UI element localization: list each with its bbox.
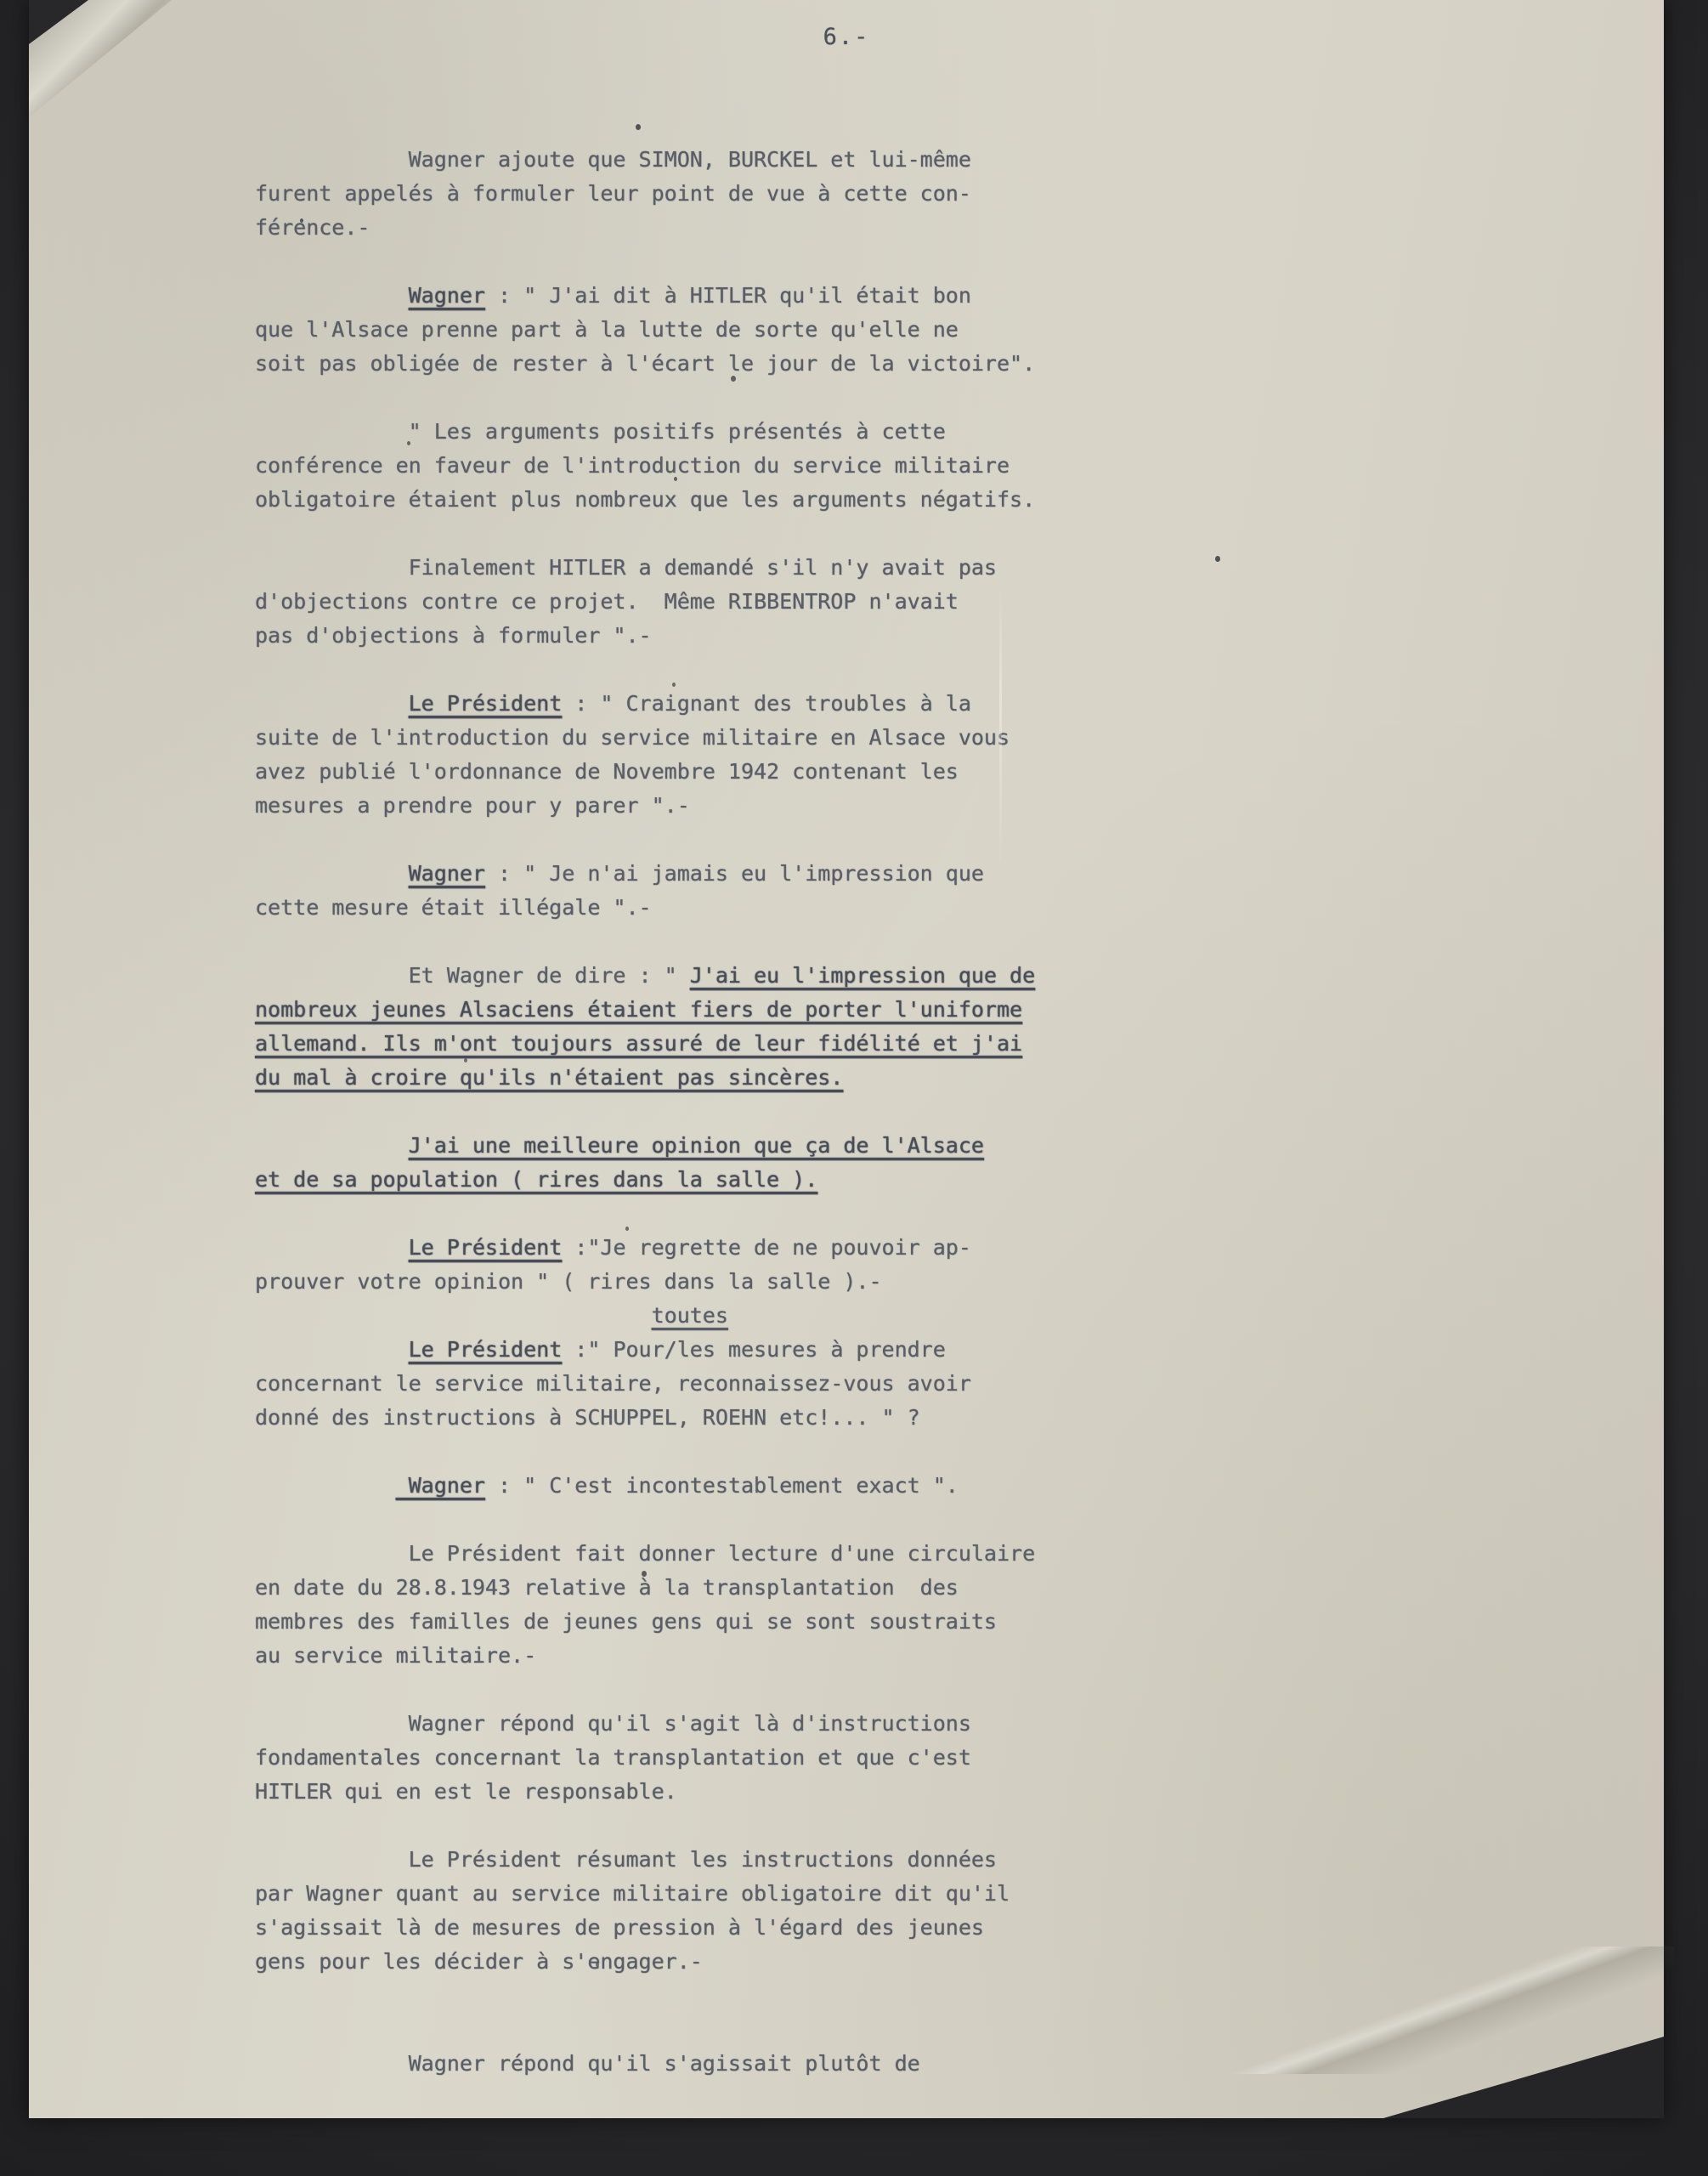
- text-line: Wagner : " C'est incontestablement exact…: [255, 1469, 1035, 1503]
- text-line: par Wagner quant au service militaire ob…: [255, 1877, 1035, 1911]
- text-line: Finalement HITLER a demandé s'il n'y ava…: [255, 551, 1035, 585]
- text-segment: gens pour les décider à s'engager.-: [255, 1949, 703, 1974]
- document-body: Wagner ajoute que SIMON, BURCKEL et lui-…: [255, 143, 1035, 2081]
- text-segment: Wagner répond qu'il s'agissait plutôt de: [255, 2051, 920, 2076]
- text-segment: concernant le service militaire, reconna…: [255, 1371, 971, 1396]
- text-segment: mesures a prendre pour y parer ".-: [255, 793, 690, 818]
- text-line: [255, 517, 1035, 551]
- text-segment: prouver votre opinion " ( rires dans la …: [255, 1269, 882, 1294]
- text-segment: fondamentales concernant la transplantat…: [255, 1745, 971, 1770]
- text-line: allemand. Ils m'ont toujours assuré de l…: [255, 1027, 1035, 1061]
- text-line: Le Président : " Craignant des troubles …: [255, 687, 1035, 721]
- text-line: et de sa population ( rires dans la sall…: [255, 1163, 1035, 1197]
- text-line: mesures a prendre pour y parer ".-: [255, 789, 1035, 823]
- underlined-text: Le Président: [409, 1235, 563, 1260]
- text-line: [255, 1673, 1035, 1707]
- text-segment: : " C'est incontestablement exact ".: [485, 1473, 959, 1498]
- text-segment: Et Wagner de dire : ": [255, 963, 690, 988]
- text-segment: :" Pour/les mesures à prendre: [562, 1337, 946, 1362]
- document-page: 6.- Wagner ajoute que SIMON, BURCKEL et …: [29, 0, 1664, 2118]
- text-line: toutes: [255, 1299, 1035, 1333]
- text-line: Wagner répond qu'il s'agit là d'instruct…: [255, 1707, 1035, 1741]
- text-segment: s'agissait là de mesures de pression à l…: [255, 1915, 984, 1940]
- text-segment: HITLER qui en est le responsable.: [255, 1779, 677, 1804]
- text-segment: pas d'objections à formuler ".-: [255, 623, 652, 648]
- text-line: [255, 823, 1035, 857]
- text-segment: conférence en faveur de l'introduction d…: [255, 453, 1010, 478]
- text-segment: membres des familles de jeunes gens qui …: [255, 1609, 997, 1634]
- underlined-text: toutes: [652, 1303, 728, 1328]
- text-line: suite de l'introduction du service milit…: [255, 721, 1035, 755]
- text-line: Wagner : " Je n'ai jamais eu l'impressio…: [255, 857, 1035, 891]
- underlined-text: allemand. Ils m'ont toujours assuré de l…: [255, 1031, 1022, 1056]
- text-line: en date du 28.8.1943 relative à la trans…: [255, 1571, 1035, 1605]
- text-line: pas d'objections à formuler ".-: [255, 619, 1035, 653]
- underlined-text: et de sa population ( rires dans la sall…: [255, 1167, 817, 1192]
- text-line: s'agissait là de mesures de pression à l…: [255, 1911, 1035, 1945]
- text-line: [255, 2013, 1035, 2047]
- text-line: férence.-: [255, 211, 1035, 245]
- text-line: Wagner répond qu'il s'agissait plutôt de: [255, 2047, 1035, 2081]
- text-segment: [255, 1337, 409, 1362]
- underlined-text: Wagner: [409, 861, 485, 886]
- text-segment: [255, 861, 409, 886]
- text-segment: : " Craignant des troubles à la: [562, 691, 971, 716]
- text-line: fondamentales concernant la transplantat…: [255, 1741, 1035, 1775]
- text-segment: Le Président fait donner lecture d'une c…: [255, 1541, 1035, 1566]
- text-line: " Les arguments positifs présentés à cet…: [255, 415, 1035, 449]
- text-line: [255, 925, 1035, 959]
- text-line: [255, 1435, 1035, 1469]
- text-line: [255, 1503, 1035, 1537]
- text-line: J'ai une meilleure opinion que ça de l'A…: [255, 1129, 1035, 1163]
- underlined-text: Wagner: [396, 1473, 485, 1498]
- text-segment: par Wagner quant au service militaire ob…: [255, 1881, 1010, 1906]
- text-segment: d'objections contre ce projet. Même RIBB…: [255, 589, 959, 614]
- text-line: d'objections contre ce projet. Même RIBB…: [255, 585, 1035, 619]
- text-line: Wagner ajoute que SIMON, BURCKEL et lui-…: [255, 143, 1035, 177]
- text-segment: donné des instructions à SCHUPPEL, ROEHN…: [255, 1405, 920, 1430]
- underlined-text: du mal à croire qu'ils n'étaient pas sin…: [255, 1065, 843, 1090]
- text-segment: [255, 691, 409, 716]
- text-segment: " Les arguments positifs présentés à cet…: [255, 419, 946, 444]
- underlined-text: Wagner: [409, 283, 485, 308]
- text-segment: :"Je regrette de ne pouvoir ap-: [562, 1235, 971, 1260]
- text-segment: au service militaire.-: [255, 1643, 536, 1668]
- text-segment: férence.-: [255, 215, 370, 240]
- text-segment: [255, 283, 409, 308]
- text-segment: furent appelés à formuler leur point de …: [255, 181, 971, 206]
- text-line: conférence en faveur de l'introduction d…: [255, 449, 1035, 483]
- text-line: concernant le service militaire, reconna…: [255, 1367, 1035, 1401]
- text-line: [255, 245, 1035, 279]
- text-line: Le Président :"Je regrette de ne pouvoir…: [255, 1231, 1035, 1265]
- text-line: [255, 1197, 1035, 1231]
- text-segment: soit pas obligée de rester à l'écart le …: [255, 351, 1035, 376]
- text-line: obligatoire étaient plus nombreux que le…: [255, 483, 1035, 517]
- text-segment: : " J'ai dit à HITLER qu'il était bon: [485, 283, 971, 308]
- text-line: [255, 381, 1035, 415]
- underlined-text: J'ai une meilleure opinion que ça de l'A…: [409, 1133, 984, 1158]
- text-line: Le Président :" Pour/les mesures à prend…: [255, 1333, 1035, 1367]
- text-line: [255, 1095, 1035, 1129]
- text-line: cette mesure était illégale ".-: [255, 891, 1035, 925]
- text-line: [255, 1809, 1035, 1843]
- text-segment: en date du 28.8.1943 relative à la trans…: [255, 1575, 959, 1600]
- underlined-text: J'ai eu l'impression que de: [690, 963, 1035, 988]
- text-segment: [255, 1473, 396, 1498]
- text-segment: Wagner répond qu'il s'agit là d'instruct…: [255, 1711, 971, 1736]
- text-line: prouver votre opinion " ( rires dans la …: [255, 1265, 1035, 1299]
- text-segment: que l'Alsace prenne part à la lutte de s…: [255, 317, 959, 342]
- text-line: [255, 653, 1035, 687]
- ink-speckles: [636, 124, 641, 130]
- text-line: que l'Alsace prenne part à la lutte de s…: [255, 313, 1035, 347]
- text-line: Le Président résumant les instructions d…: [255, 1843, 1035, 1877]
- text-line: gens pour les décider à s'engager.-: [255, 1945, 1035, 1979]
- underlined-text: Le Président: [409, 691, 563, 716]
- text-line: membres des familles de jeunes gens qui …: [255, 1605, 1035, 1639]
- text-segment: Wagner ajoute que SIMON, BURCKEL et lui-…: [255, 147, 971, 172]
- text-line: [255, 1979, 1035, 2013]
- text-segment: [255, 1235, 409, 1260]
- text-segment: Le Président résumant les instructions d…: [255, 1847, 997, 1872]
- text-segment: cette mesure était illégale ".-: [255, 895, 652, 920]
- text-line: HITLER qui en est le responsable.: [255, 1775, 1035, 1809]
- text-segment: Finalement HITLER a demandé s'il n'y ava…: [255, 555, 997, 580]
- text-line: furent appelés à formuler leur point de …: [255, 177, 1035, 211]
- underlined-text: nombreux jeunes Alsaciens étaient fiers …: [255, 997, 1022, 1022]
- text-line: Wagner : " J'ai dit à HITLER qu'il était…: [255, 279, 1035, 313]
- text-segment: [255, 1133, 409, 1158]
- text-segment: suite de l'introduction du service milit…: [255, 725, 1010, 750]
- page-number: 6.-: [29, 24, 1664, 50]
- text-line: nombreux jeunes Alsaciens étaient fiers …: [255, 993, 1035, 1027]
- scan-background: { "page": { "page_number": "6.-", "paper…: [0, 0, 1708, 2176]
- underlined-text: Le Président: [409, 1337, 563, 1362]
- text-line: du mal à croire qu'ils n'étaient pas sin…: [255, 1061, 1035, 1095]
- text-segment: [255, 1303, 652, 1328]
- text-segment: avez publié l'ordonnance de Novembre 194…: [255, 759, 959, 784]
- text-line: soit pas obligée de rester à l'écart le …: [255, 347, 1035, 381]
- text-line: avez publié l'ordonnance de Novembre 194…: [255, 755, 1035, 789]
- text-line: Le Président fait donner lecture d'une c…: [255, 1537, 1035, 1571]
- text-line: au service militaire.-: [255, 1639, 1035, 1673]
- text-segment: : " Je n'ai jamais eu l'impression que: [485, 861, 984, 886]
- text-segment: obligatoire étaient plus nombreux que le…: [255, 487, 1035, 512]
- text-line: donné des instructions à SCHUPPEL, ROEHN…: [255, 1401, 1035, 1435]
- text-line: Et Wagner de dire : " J'ai eu l'impressi…: [255, 959, 1035, 993]
